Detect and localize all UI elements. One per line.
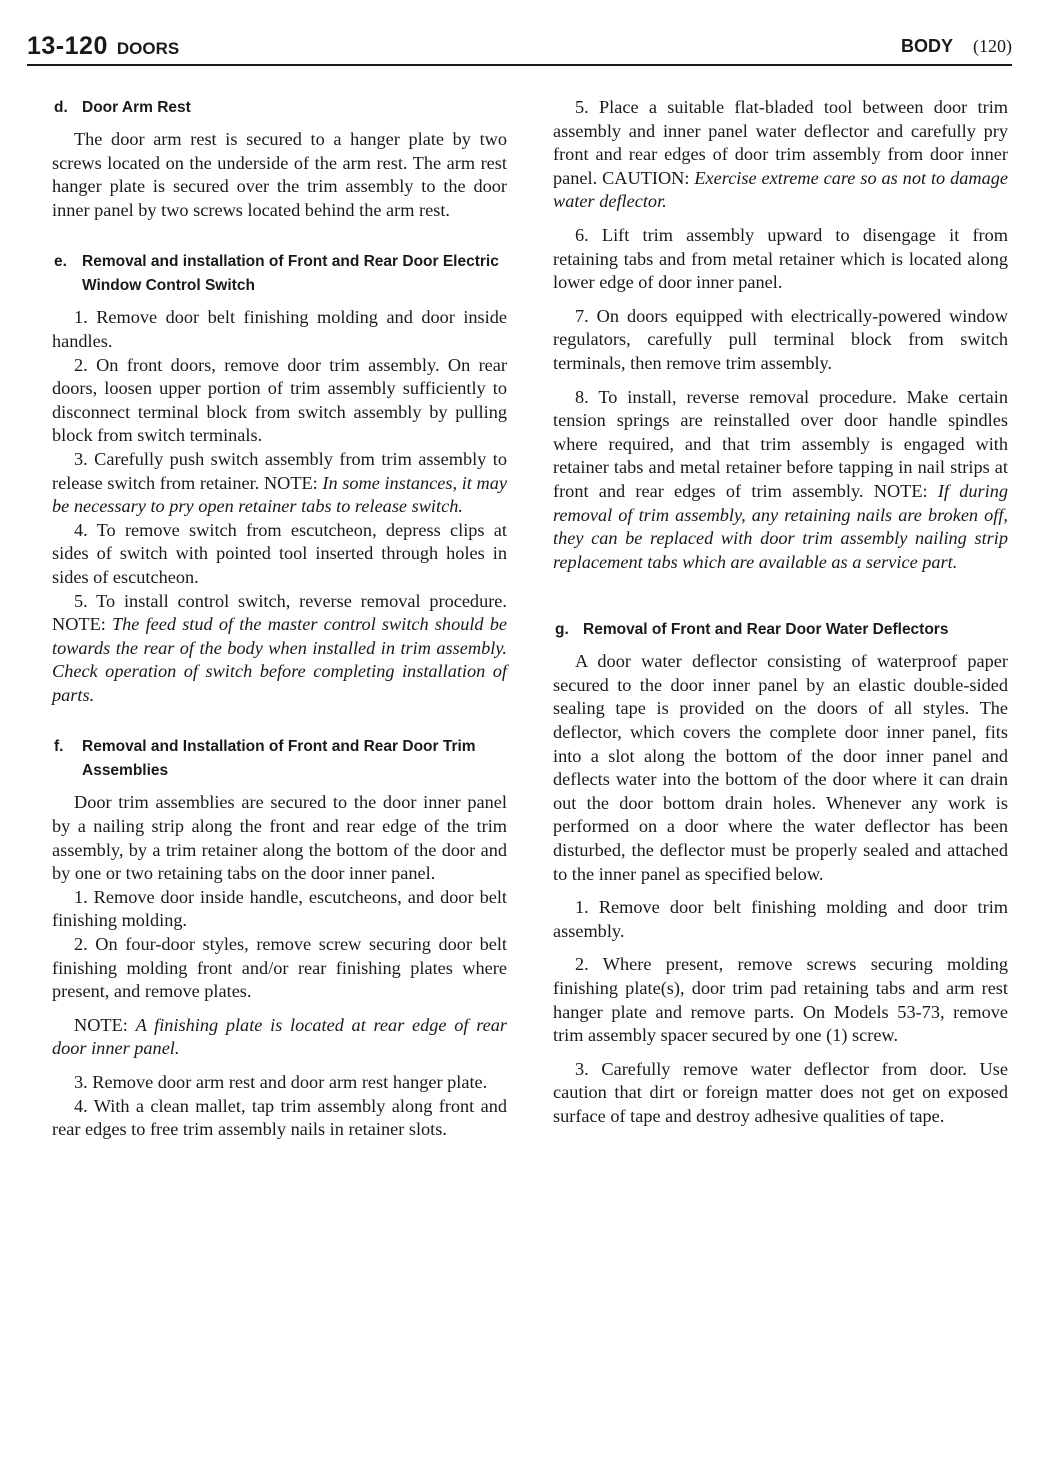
paragraph: Door trim assemblies are secured to the … bbox=[52, 791, 507, 885]
step-5: 5. Place a suitable flat-bladed tool bet… bbox=[553, 96, 1008, 214]
page-number: 13-120 bbox=[27, 32, 108, 61]
caution-label: CAUTION: bbox=[602, 168, 689, 188]
section-title: Removal and Installation of Front and Re… bbox=[82, 735, 507, 783]
section-heading-e: e. Removal and installation of Front and… bbox=[52, 250, 507, 298]
section-title: Removal and installation of Front and Re… bbox=[82, 250, 507, 298]
step-3: 3. Carefully push switch assembly from t… bbox=[52, 448, 507, 519]
paragraph: The door arm rest is secured to a hanger… bbox=[52, 128, 507, 222]
step-1: 1. Remove door belt finishing molding an… bbox=[52, 306, 507, 353]
step-1: 1. Remove door belt finishing molding an… bbox=[553, 896, 1008, 943]
note-text: The feed stud of the master control swit… bbox=[52, 614, 507, 705]
note-label: NOTE: bbox=[874, 481, 928, 501]
section-letter: d. bbox=[52, 96, 82, 120]
step-4: 4. To remove switch from escutcheon, dep… bbox=[52, 519, 507, 590]
step-3: 3. Carefully remove water deflector from… bbox=[553, 1058, 1008, 1129]
paragraph: A door water deflector consisting of wat… bbox=[553, 650, 1008, 886]
section-heading-g: g. Removal of Front and Rear Door Water … bbox=[553, 618, 1008, 642]
note-label: NOTE: bbox=[264, 473, 318, 493]
section-heading-f: f. Removal and Installation of Front and… bbox=[52, 735, 507, 783]
step-2: 2. Where present, remove screws securing… bbox=[553, 953, 1008, 1047]
step-5: 5. To install control switch, reverse re… bbox=[52, 590, 507, 708]
step-1: 1. Remove door inside handle, escutcheon… bbox=[52, 886, 507, 933]
section-title: Removal of Front and Rear Door Water Def… bbox=[583, 618, 1008, 642]
note: NOTE: A finishing plate is located at re… bbox=[52, 1014, 507, 1061]
section-letter: f. bbox=[52, 735, 82, 783]
step-4: 4. With a clean mallet, tap trim assembl… bbox=[52, 1095, 507, 1142]
step-8: 8. To install, reverse removal procedure… bbox=[553, 386, 1008, 575]
section-title: Door Arm Rest bbox=[82, 96, 507, 120]
note-label: NOTE: bbox=[74, 1015, 128, 1035]
section-letter: g. bbox=[553, 618, 583, 642]
step-7: 7. On doors equipped with electrically-p… bbox=[553, 305, 1008, 376]
note-label: NOTE: bbox=[52, 614, 106, 634]
section-heading-d: d. Door Arm Rest bbox=[52, 96, 507, 120]
section-name: DOORS bbox=[117, 39, 179, 59]
step-3: 3. Remove door arm rest and door arm res… bbox=[52, 1071, 507, 1095]
step-6: 6. Lift trim assembly upward to disengag… bbox=[553, 224, 1008, 295]
left-column: d. Door Arm Rest The door arm rest is se… bbox=[52, 96, 507, 1142]
step-2: 2. On front doors, remove door trim asse… bbox=[52, 354, 507, 448]
header-right: BODY (120) bbox=[901, 36, 1012, 57]
header-left: 13-120 DOORS bbox=[27, 32, 179, 61]
step-2: 2. On four-door styles, remove screw sec… bbox=[52, 933, 507, 1004]
right-column: 5. Place a suitable flat-bladed tool bet… bbox=[553, 96, 1008, 1129]
section-letter: e. bbox=[52, 250, 82, 298]
page-header: 13-120 DOORS BODY (120) bbox=[27, 28, 1012, 66]
chapter-name: BODY bbox=[901, 36, 953, 57]
page-ref: (120) bbox=[973, 36, 1012, 57]
